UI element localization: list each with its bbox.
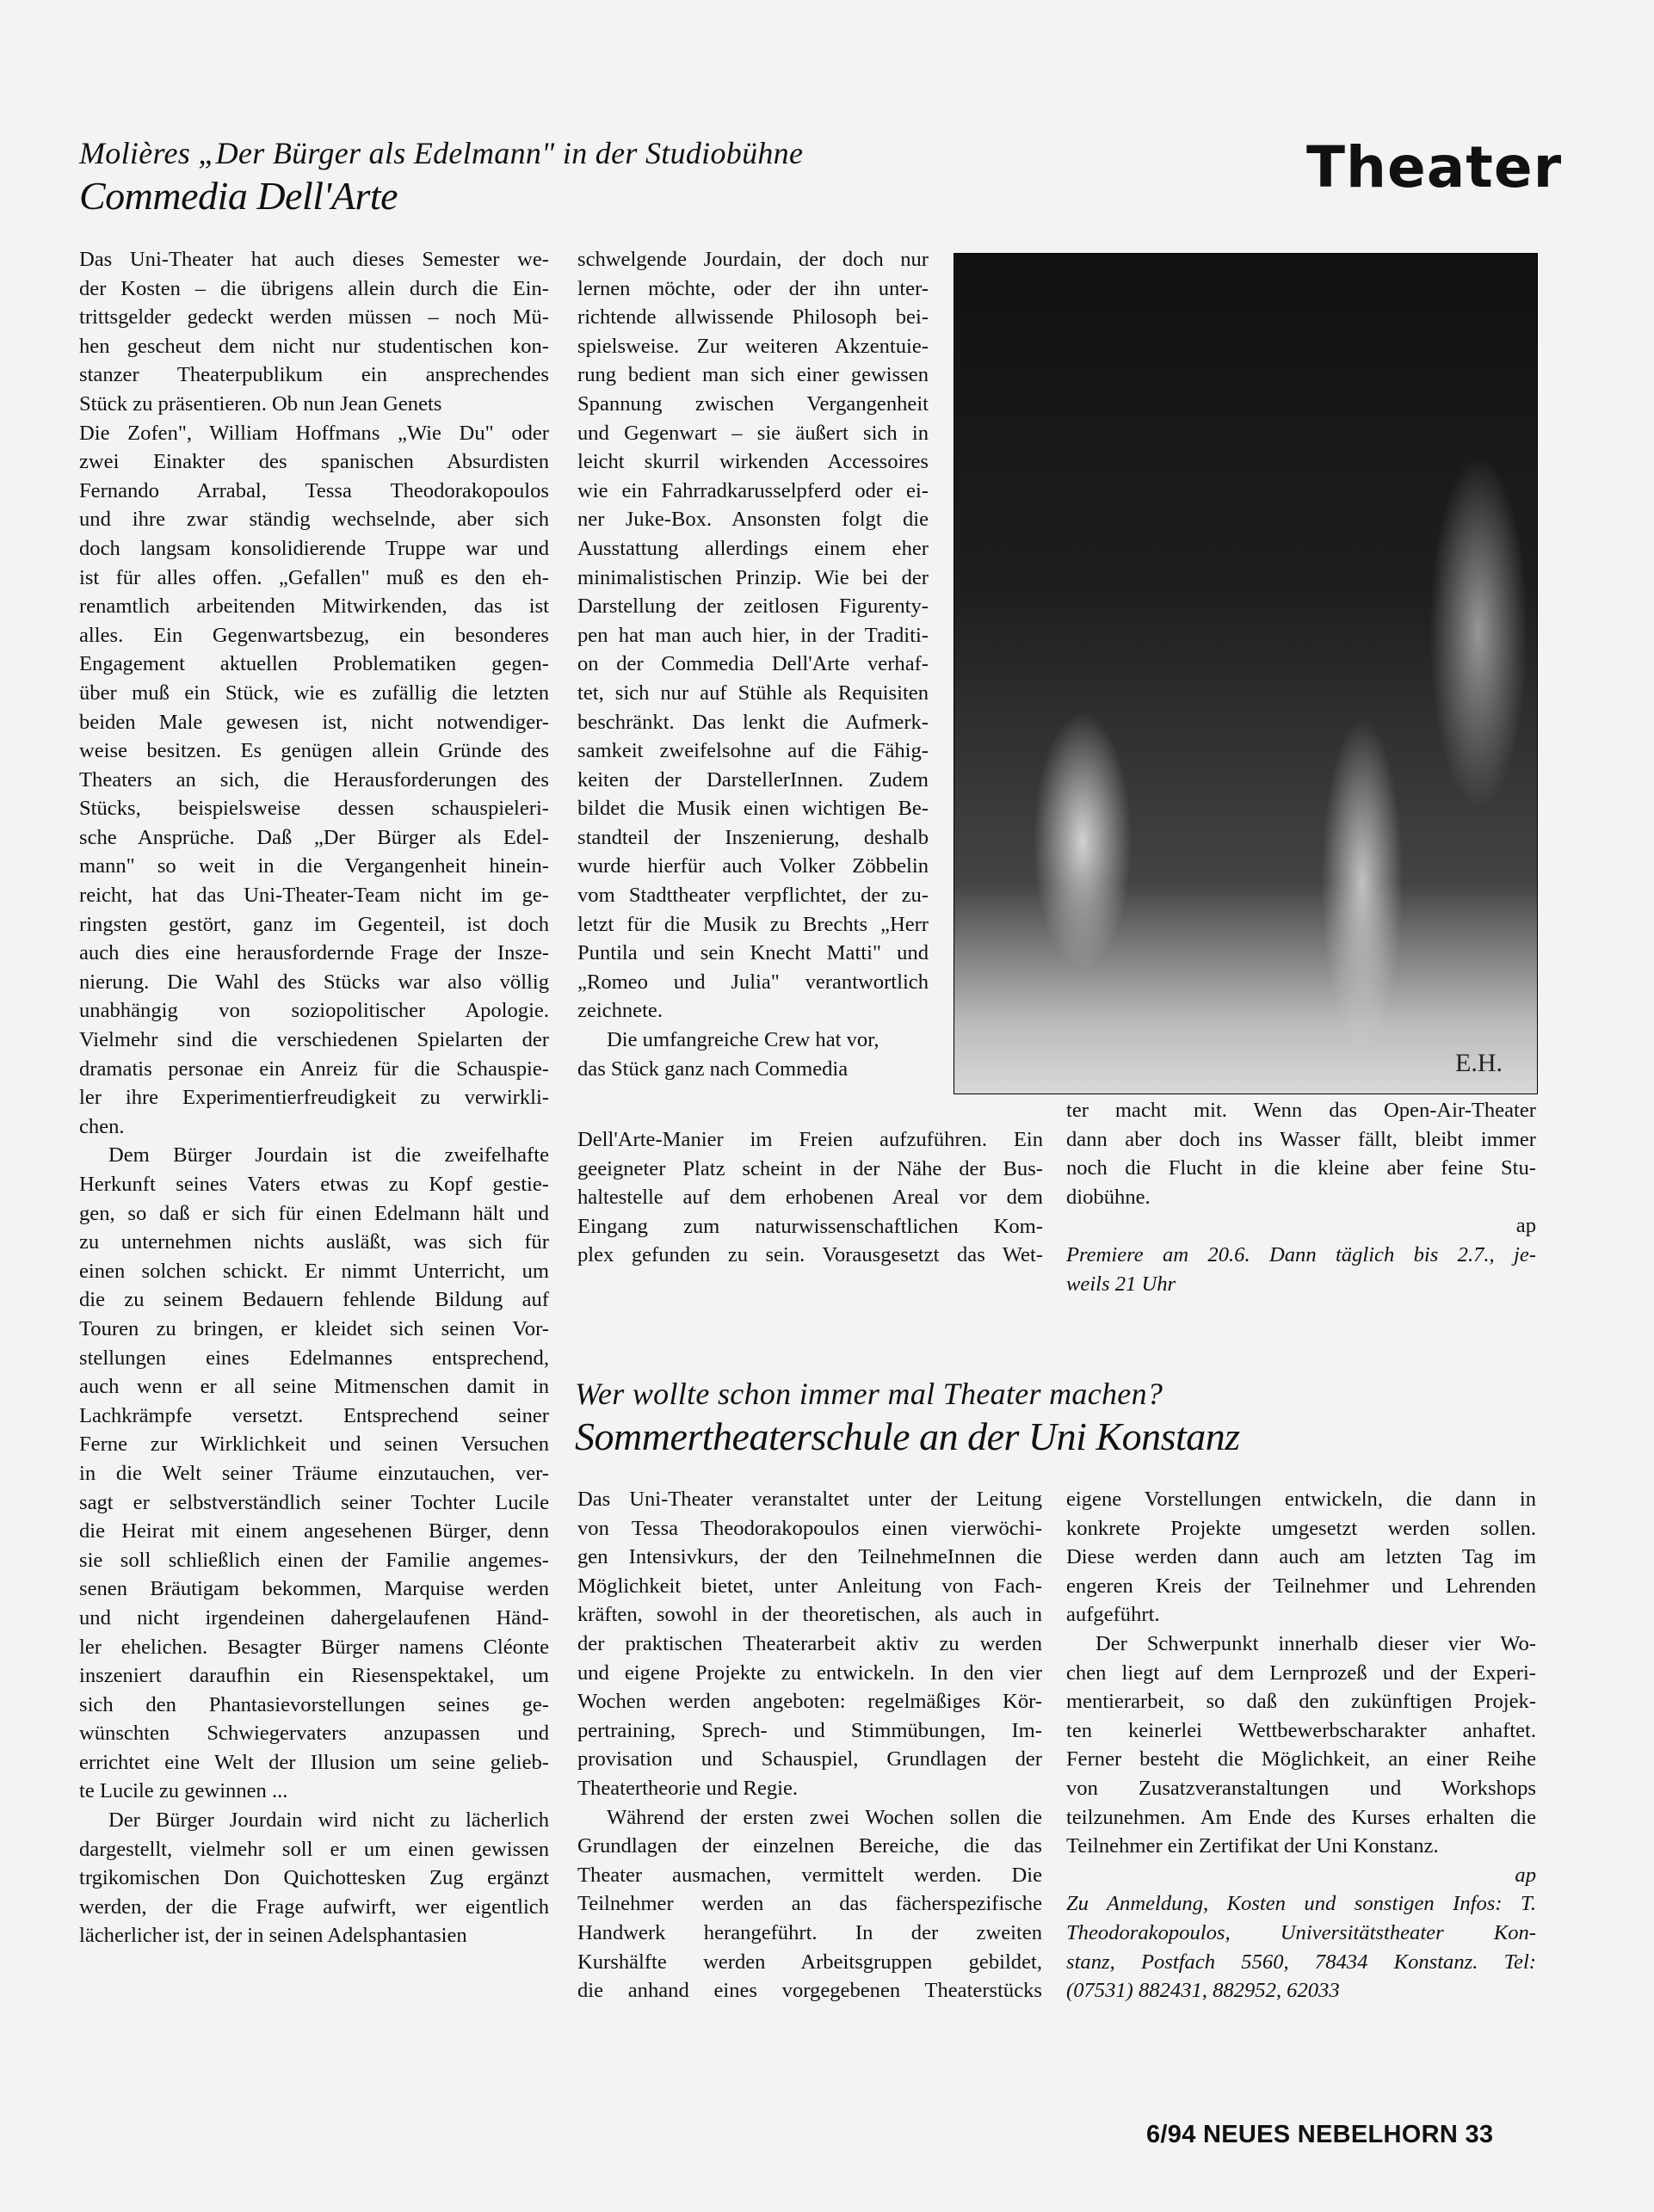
text-line: Spannung zwischen Vergangenheit [577, 390, 929, 419]
text-line: senen Bräutigam bekommen, Marquise werde… [79, 1574, 549, 1604]
text-line: das Stück ganz nach Commedia [577, 1055, 929, 1084]
text-line: Zu Anmeldung, Kosten und sonstigen Infos… [1066, 1889, 1536, 1919]
text-line: schwelgende Jourdain, der doch nur [577, 245, 929, 274]
text-line: keiten der DarstellerInnen. Zudem [577, 766, 929, 795]
text-line: Kurshälfte werden Arbeitsgruppen gebilde… [577, 1948, 1042, 1977]
text-line: der praktischen Theaterarbeit aktiv zu w… [577, 1630, 1042, 1659]
text-line: Ferner besteht die Möglichkeit, an einer… [1066, 1745, 1536, 1774]
text-line: errichtet eine Welt der Illusion um sein… [79, 1748, 549, 1778]
text-line: Premiere am 20.6. Dann täglich bis 2.7.,… [1066, 1241, 1536, 1270]
text-line: pertraining, Sprech- und Stimmübungen, I… [577, 1716, 1042, 1746]
text-line: Der Bürger Jourdain wird nicht zu lächer… [79, 1806, 549, 1835]
text-line: Herkunft seines Vaters etwas zu Kopf ges… [79, 1170, 549, 1199]
text-line: der Kosten – die übrigens allein durch d… [79, 274, 549, 304]
text-line: Während der ersten zwei Wochen sollen di… [577, 1803, 1042, 1833]
text-line: wurde hierfür auch Volker Zöbbelin [577, 852, 929, 881]
text-line: lächerlicher ist, der in seinen Adelspha… [79, 1921, 549, 1950]
text-line: hen gescheut dem nicht nur studentischen… [79, 332, 549, 361]
text-line: provisation und Schauspiel, Grundlagen d… [577, 1745, 1042, 1774]
text-line: Handwerk herangeführt. In der zweiten [577, 1919, 1042, 1948]
text-line: Das Uni-Theater hat auch dieses Semester… [79, 245, 549, 274]
text-line: richtende allwissende Philosoph bei- [577, 303, 929, 332]
text-line: zeichnete. [577, 996, 929, 1026]
text-line: chen liegt auf dem Lernprozeß und der Ex… [1066, 1659, 1536, 1688]
text-line: weise besitzen. Es genügen allein Gründe… [79, 736, 549, 766]
text-line: Stücks, beispielsweise dessen schauspiel… [79, 794, 549, 823]
text-line: Touren zu bringen, er kleidet sich seine… [79, 1315, 549, 1344]
text-line: eigene Vorstellungen entwickeln, die dan… [1066, 1485, 1536, 1514]
text-line: noch die Flucht in die kleine aber feine… [1066, 1154, 1536, 1183]
text-line: und eigene Projekte zu entwickeln. In de… [577, 1659, 1042, 1688]
article2-column-2: eigene Vorstellungen entwickeln, die dan… [1066, 1485, 1536, 2006]
text-line: Stück zu präsentieren. Ob nun Jean Genet… [79, 390, 549, 419]
text-line: ten keinerlei Wettbewerbscharakter anhaf… [1066, 1716, 1536, 1746]
text-line: inszeniert daraufhin ein Riesenspektakel… [79, 1661, 549, 1691]
text-line: ler ihre Experimentierfreudigkeit zu ver… [79, 1083, 549, 1112]
text-line: ter macht mit. Wenn das Open-Air-Theater [1066, 1096, 1536, 1125]
text-line: Theatertheorie und Regie. [577, 1774, 1042, 1803]
text-line: aufgeführt. [1066, 1600, 1536, 1630]
text-line: ner Juke-Box. Ansonsten folgt die [577, 505, 929, 534]
article1-column-2: schwelgende Jourdain, der doch nurlernen… [577, 245, 929, 1083]
text-line: Engagement aktuellen Problematiken gegen… [79, 650, 549, 679]
text-line: letzt für die Musik zu Brechts „Herr [577, 910, 929, 940]
text-line: Darstellung der zeitlosen Figurenty- [577, 592, 929, 621]
article2-headline: Sommertheaterschule an der Uni Konstanz [575, 1414, 1240, 1459]
text-line: zwei Einakter des spanischen Absurdisten [79, 447, 549, 477]
section-title: Theater [1306, 138, 1562, 198]
text-line: kräften, sowohl in der theoretischen, al… [577, 1600, 1042, 1630]
text-line: Die umfangreiche Crew hat vor, [577, 1026, 929, 1055]
text-line: dargestellt, vielmehr soll er um einen g… [79, 1835, 549, 1864]
article1-kicker: Molières „Der Bürger als Edelmann" in de… [79, 136, 803, 170]
text-line: dann aber doch ins Wasser fällt, bleibt … [1066, 1125, 1536, 1155]
text-line: engeren Kreis der Teilnehmer und Lehrend… [1066, 1572, 1536, 1601]
text-line: trittsgelder gedeckt werden müssen – noc… [79, 303, 549, 332]
page-footer: 6/94 NEUES NEBELHORN 33 [1146, 2121, 1493, 2149]
text-line: tet, sich nur auf Stühle als Requisiten [577, 679, 929, 708]
text-line: minimalistischen Prinzip. Wie bei der [577, 564, 929, 593]
text-line: Lachkrämpfe versetzt. Entsprechend seine… [79, 1402, 549, 1431]
text-line: sagt er selbstverständlich seiner Tochte… [79, 1488, 549, 1518]
article1-headline: Commedia Dell'Arte [79, 174, 398, 219]
text-line: rung bedient man sich einer gewissen [577, 360, 929, 390]
text-line: Teilnehmer werden an das fächerspezifisc… [577, 1889, 1042, 1919]
text-line: stellungen eines Edelmannes entsprechend… [79, 1344, 549, 1373]
text-line: spielsweise. Zur weiteren Akzentuie- [577, 332, 929, 361]
text-line: beschränkt. Das lenkt die Aufmerk- [577, 708, 929, 737]
text-line: Theaters an sich, die Herausforderungen … [79, 766, 549, 795]
text-line: reicht, hat das Uni-Theater-Team nicht i… [79, 881, 549, 910]
text-line: bildet die Musik einen wichtigen Be- [577, 794, 929, 823]
text-line: und nicht irgendeinen dahergelaufenen Hä… [79, 1604, 549, 1633]
stage-photo: E.H. [954, 253, 1538, 1094]
text-line: werden, der die Frage aufwirft, wer eige… [79, 1893, 549, 1922]
text-line: renamtlich arbeitenden Mitwirkenden, das… [79, 592, 549, 621]
text-line: zu unternehmen nichts ausläßt, was sich … [79, 1228, 549, 1257]
text-line: mann" so weit in die Vergangenheit hinei… [79, 852, 549, 881]
text-line: alles. Ein Gegenwartsbezug, ein besonder… [79, 621, 549, 650]
text-line: von Zusatzveranstaltungen und Workshops [1066, 1774, 1536, 1803]
article1-column-1: Das Uni-Theater hat auch dieses Semester… [79, 245, 549, 1950]
text-line: leicht skurril wirkenden Accessoires [577, 447, 929, 477]
text-line: einen solchen schickt. Er nimmt Unterric… [79, 1257, 549, 1286]
text-line: pen hat man auch hier, in der Traditi- [577, 621, 929, 650]
text-line: Diese werden dann auch am letzten Tag im [1066, 1543, 1536, 1572]
article1-column-2-continued: Dell'Arte-Manier im Freien aufzuführen. … [577, 1125, 1043, 1270]
text-line: wünschten Schwiegervaters anzupassen und [79, 1719, 549, 1748]
text-line: te Lucile zu gewinnen ... [79, 1777, 549, 1806]
text-line: dramatis personae ein Anreiz für die Sch… [79, 1055, 549, 1084]
text-line: ringsten gestört, ganz im Gegenteil, ist… [79, 910, 549, 940]
text-line: teilzunehmen. Am Ende des Kurses erhalte… [1066, 1803, 1536, 1833]
text-line: diobühne. [1066, 1183, 1536, 1212]
text-line: stanzer Theaterpublikum ein ansprechende… [79, 360, 549, 390]
article1-column-3: ter macht mit. Wenn das Open-Air-Theater… [1066, 1096, 1536, 1298]
text-line: in die Welt seiner Träume einzutauchen, … [79, 1459, 549, 1488]
text-line: Dem Bürger Jourdain ist die zweifelhafte [79, 1141, 549, 1170]
text-line: trgikomischen Don Quichottesken Zug ergä… [79, 1864, 549, 1893]
text-line: von Tessa Theodorakopoulos einen vierwöc… [577, 1514, 1042, 1543]
article1-signature: ap [1516, 1211, 1536, 1241]
article2-column-1: Das Uni-Theater veranstaltet unter der L… [577, 1485, 1042, 2006]
text-line: auch dies eine herausfordernde Frage der… [79, 939, 549, 968]
text-line: geeigneter Platz scheint in der Nähe der… [577, 1155, 1043, 1184]
text-line: Wochen werden angeboten: regelmäßiges Kö… [577, 1687, 1042, 1716]
text-line: wie ein Fahrradkarusselpferd oder ei- [577, 477, 929, 506]
text-line: plex gefunden zu sein. Vorausgesetzt das… [577, 1241, 1043, 1270]
text-line: stanz, Postfach 5560, 78434 Konstanz. Te… [1066, 1948, 1536, 1977]
text-line: standteil der Inszenierung, deshalb [577, 823, 929, 853]
text-line: auch wenn er all seine Mitmenschen damit… [79, 1372, 549, 1402]
text-line: die anhand eines vorgegebenen Theaterstü… [577, 1976, 1042, 2006]
text-line: nierung. Die Wahl des Stücks war also vö… [79, 968, 549, 997]
text-line: ist für alles offen. „Gefallen" muß es d… [79, 564, 549, 593]
text-line: weils 21 Uhr [1066, 1270, 1536, 1299]
text-line: die Heirat mit einem angesehenen Bürger,… [79, 1517, 549, 1546]
text-line: konkrete Projekte umgesetzt werden solle… [1066, 1514, 1536, 1543]
text-line: Ausstattung allerdings einem eher [577, 534, 929, 564]
text-line: mentierarbeit, so daß den zukünftigen Pr… [1066, 1687, 1536, 1716]
text-line: und Gegenwart – sie äußert sich in [577, 419, 929, 448]
photo-monogram: E.H. [1455, 1049, 1503, 1078]
text-line: Puntila und sein Knecht Matti" und [577, 939, 929, 968]
text-line: lernen möchte, oder der ihn unter- [577, 274, 929, 304]
text-line: die zu seinem Bedauern fehlende Bildung … [79, 1285, 549, 1315]
text-line: sche Ansprüche. Daß „Der Bürger als Edel… [79, 823, 549, 853]
text-line: ler ehelichen. Besagter Bürger namens Cl… [79, 1633, 549, 1662]
text-line: Grundlagen der einzelnen Bereiche, die d… [577, 1832, 1042, 1861]
text-line: gen Intensivkurs, der den TeilnehmeInnen… [577, 1543, 1042, 1572]
text-line: Theater ausmachen, vermittelt werden. Di… [577, 1861, 1042, 1890]
text-line: „Romeo und Julia" verantwortlich [577, 968, 929, 997]
text-line: Der Schwerpunkt innerhalb dieser vier Wo… [1066, 1630, 1536, 1659]
text-line: (07531) 882431, 882952, 62033 [1066, 1976, 1536, 2006]
text-line: unabhängig von soziopolitischer Apologie… [79, 996, 549, 1026]
text-line: Vielmehr sind die verschiedenen Spielart… [79, 1026, 549, 1055]
text-line: samkeit zweifelsohne auf die Fähig- [577, 736, 929, 766]
text-line: Fernando Arrabal, Tessa Theodorakopoulos [79, 477, 549, 506]
text-line: vom Stadttheater verpflichtet, der zu- [577, 881, 929, 910]
text-line: on der Commedia Dell'Arte verhaf- [577, 650, 929, 679]
text-line: Ferne zur Wirklichkeit und seinen Versuc… [79, 1430, 549, 1459]
article2-kicker: Wer wollte schon immer mal Theater mache… [575, 1377, 1163, 1411]
text-line: gen, so daß er sich für einen Edelmann h… [79, 1199, 549, 1229]
article2-signature: ap [1515, 1861, 1536, 1890]
text-line: Möglichkeit bietet, unter Anleitung von … [577, 1572, 1042, 1601]
text-line: sie soll schließlich einen der Familie a… [79, 1546, 549, 1575]
text-line: Teilnehmer ein Zertifikat der Uni Konsta… [1066, 1832, 1536, 1861]
text-line: Das Uni-Theater veranstaltet unter der L… [577, 1485, 1042, 1514]
text-line: Die Zofen", William Hoffmans „Wie Du" od… [79, 419, 549, 448]
text-line: über muß ein Stück, wie es zufällig die … [79, 679, 549, 708]
text-line: Dell'Arte-Manier im Freien aufzuführen. … [577, 1125, 1043, 1155]
text-line: doch langsam konsolidierende Truppe war … [79, 534, 549, 564]
text-line: sich den Phantasievorstellungen seines g… [79, 1691, 549, 1720]
text-line: haltestelle auf dem erhobenen Areal vor … [577, 1183, 1043, 1212]
text-line: chen. [79, 1112, 549, 1142]
text-line: Eingang zum naturwissenschaftlichen Kom- [577, 1212, 1043, 1242]
text-line: und ihre zwar ständig wechselnde, aber s… [79, 505, 549, 534]
text-line: Theodorakopoulos, Universitätstheater Ko… [1066, 1919, 1536, 1948]
text-line: beiden Male gewesen ist, nicht notwendig… [79, 708, 549, 737]
